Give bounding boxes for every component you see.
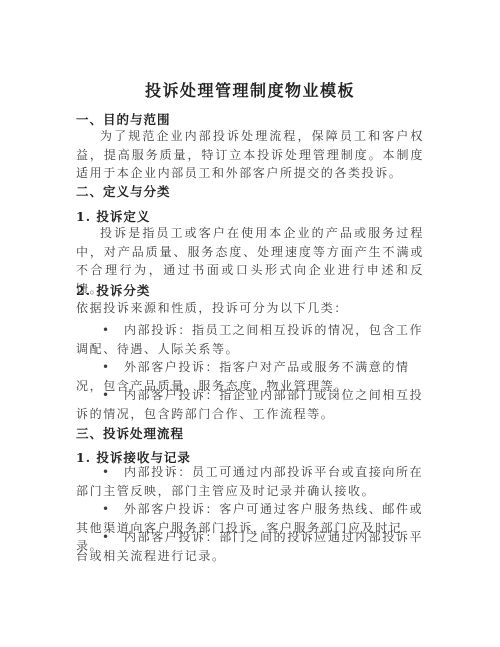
subsection-heading-definition: 1. 投诉定义	[76, 207, 150, 225]
paragraph-purpose: 为了规范企业内部投诉处理流程，保障员工和客户权益，提高服务质量，特订立本投诉处理…	[76, 127, 424, 183]
list-item: •内部客户投诉：部门之间的投诉应通过内部投诉平台或相关流程进行记录。	[76, 528, 424, 565]
bullet-icon: •	[76, 528, 124, 547]
list-item: •内部客户投诉：指企业内部部门或岗位之间相互投诉的情况，包含跨部门合作、工作流程…	[76, 386, 424, 423]
bullet-icon: •	[76, 358, 124, 377]
bullet-icon: •	[76, 321, 124, 340]
section-heading-process: 三、投诉处理流程	[76, 424, 184, 442]
paragraph-classification-intro: 依据投诉来源和性质，投诉可分为以下几类：	[76, 299, 424, 318]
bullet-icon: •	[76, 463, 124, 482]
bullet-icon: •	[76, 500, 124, 519]
section-heading-purpose: 一、目的与范围	[76, 110, 171, 128]
list-item: •内部投诉：指员工之间相互投诉的情况，包含工作调配、待遇、人际关系等。	[76, 321, 424, 358]
list-item: •内部投诉：员工可通过内部投诉平台或直接向所在部门主管反映，部门主管应及时记录并…	[76, 463, 424, 500]
bullet-icon: •	[76, 386, 124, 405]
section-heading-definitions: 二、定义与分类	[76, 182, 171, 200]
document-title: 投诉处理管理制度物业模板	[76, 78, 424, 101]
subsection-heading-classification: 2. 投诉分类	[76, 281, 150, 299]
